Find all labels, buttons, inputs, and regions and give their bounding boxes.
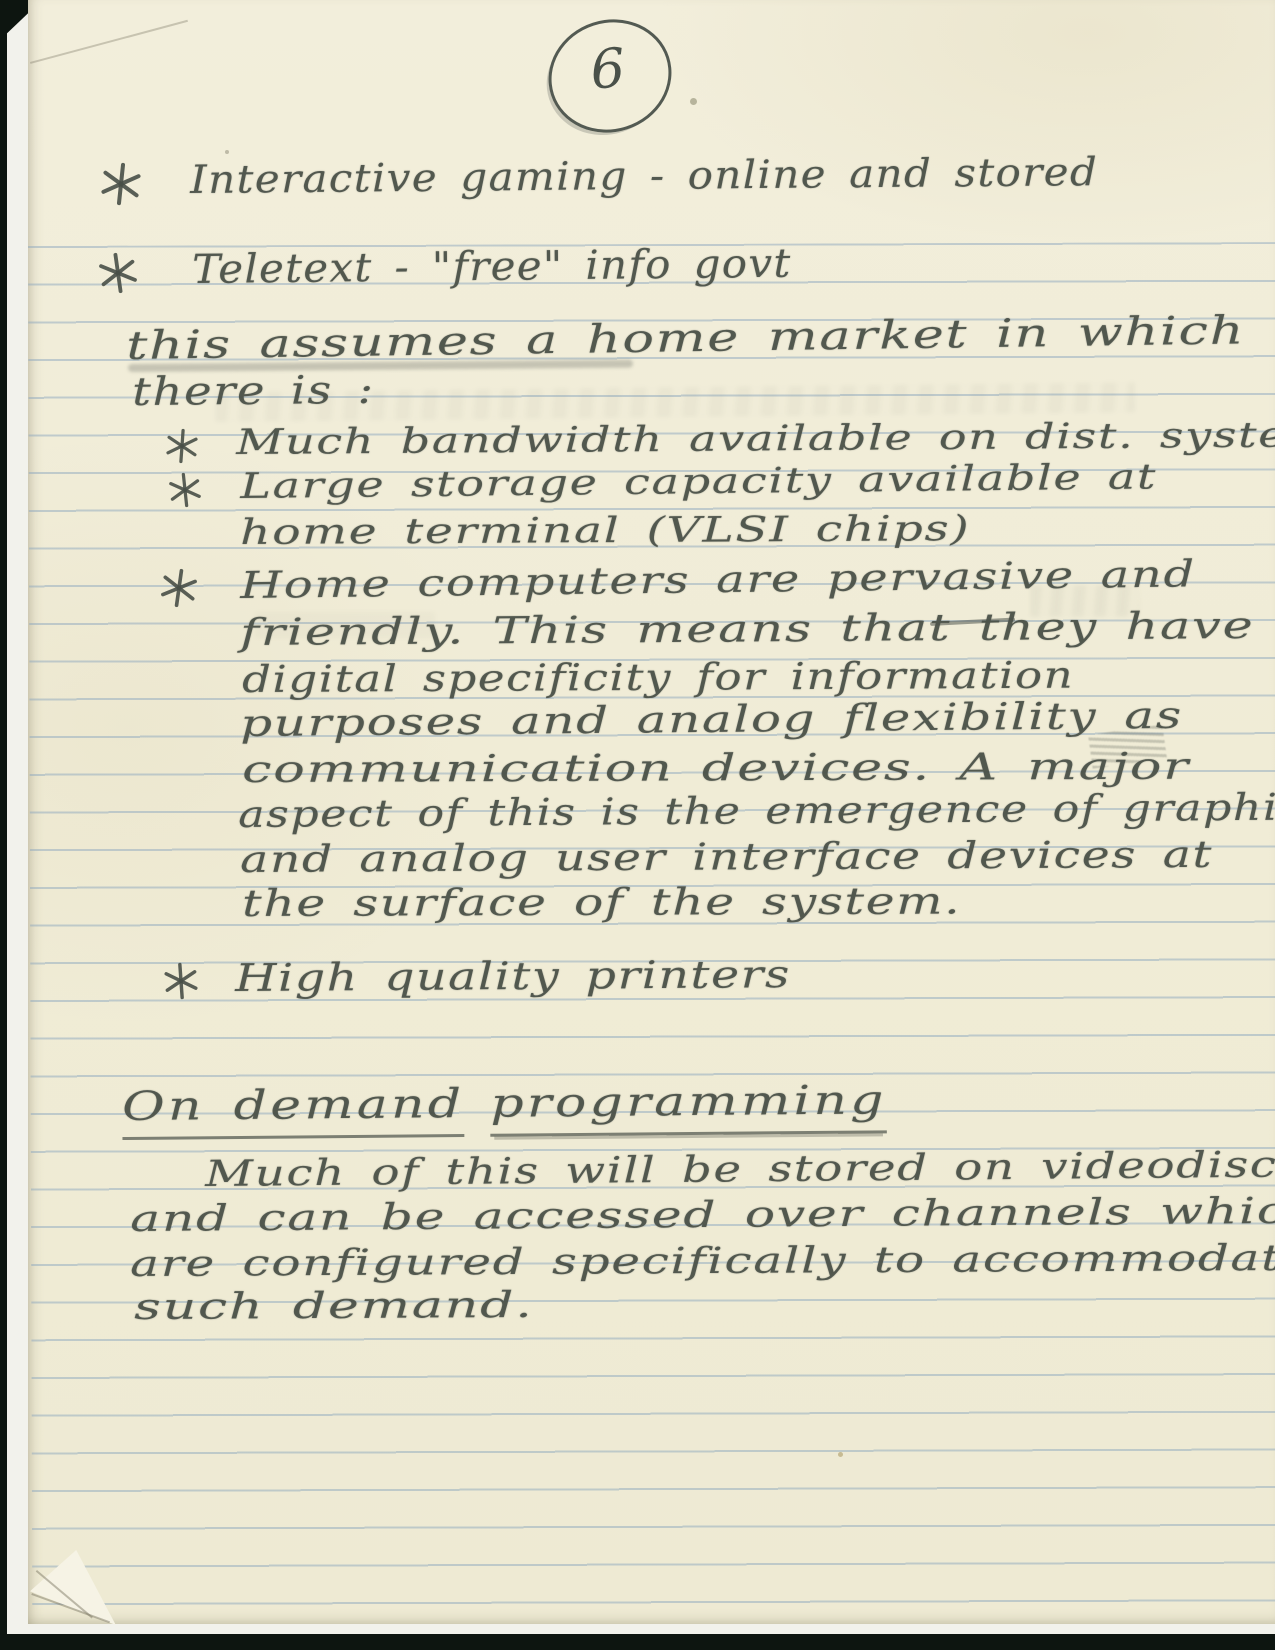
heading-underlined-part: On demand <box>122 1081 465 1140</box>
paper-stain <box>838 1452 843 1457</box>
paper-stain <box>690 98 697 105</box>
bullet-line: digital specificity for information <box>242 656 1074 701</box>
bullet-line: Interactive gaming - online and stored <box>190 152 1098 203</box>
paragraph-line: and can be accessed over channels which <box>130 1192 1275 1240</box>
scanned-note-page: 6 Interactive gaming - online and stored… <box>0 0 1275 1650</box>
bullet-line: aspect of this is the emergence of graph… <box>238 787 1275 835</box>
bullet-line: home terminal (VLSI chips) <box>240 510 970 552</box>
bullet-line: and analog user interface devices at <box>240 835 1213 881</box>
page-number: 6 <box>547 33 669 104</box>
section-heading: On demandprogramming <box>122 1078 887 1129</box>
bullet-line: communication devices. A major <box>242 747 1190 791</box>
asterisk-bullet-icon <box>162 959 201 1003</box>
paragraph-line: such demand. <box>134 1286 534 1328</box>
bullet-line: the surface of the system. <box>242 881 961 924</box>
bullet-line: Teletext - "free" info govt <box>192 242 792 292</box>
bullet-line: High quality printers <box>235 954 791 1000</box>
bullet-line: purposes and analog flexibility as <box>240 696 1183 745</box>
heading-underlined-part: programming <box>490 1077 887 1136</box>
asterisk-bullet-icon <box>98 158 145 210</box>
intro-line: there is : <box>132 370 375 415</box>
asterisk-bullet-icon <box>166 468 204 511</box>
paragraph-line: are configured specifically to accommoda… <box>130 1239 1275 1285</box>
asterisk-bullet-icon <box>164 425 201 467</box>
pin-hole <box>225 150 229 154</box>
asterisk-bullet-icon <box>157 564 201 613</box>
asterisk-bullet-icon <box>95 247 141 298</box>
bullet-line: friendly. This means that they have <box>240 606 1255 654</box>
bullet-line: Much bandwidth available on dist. system <box>236 416 1275 462</box>
